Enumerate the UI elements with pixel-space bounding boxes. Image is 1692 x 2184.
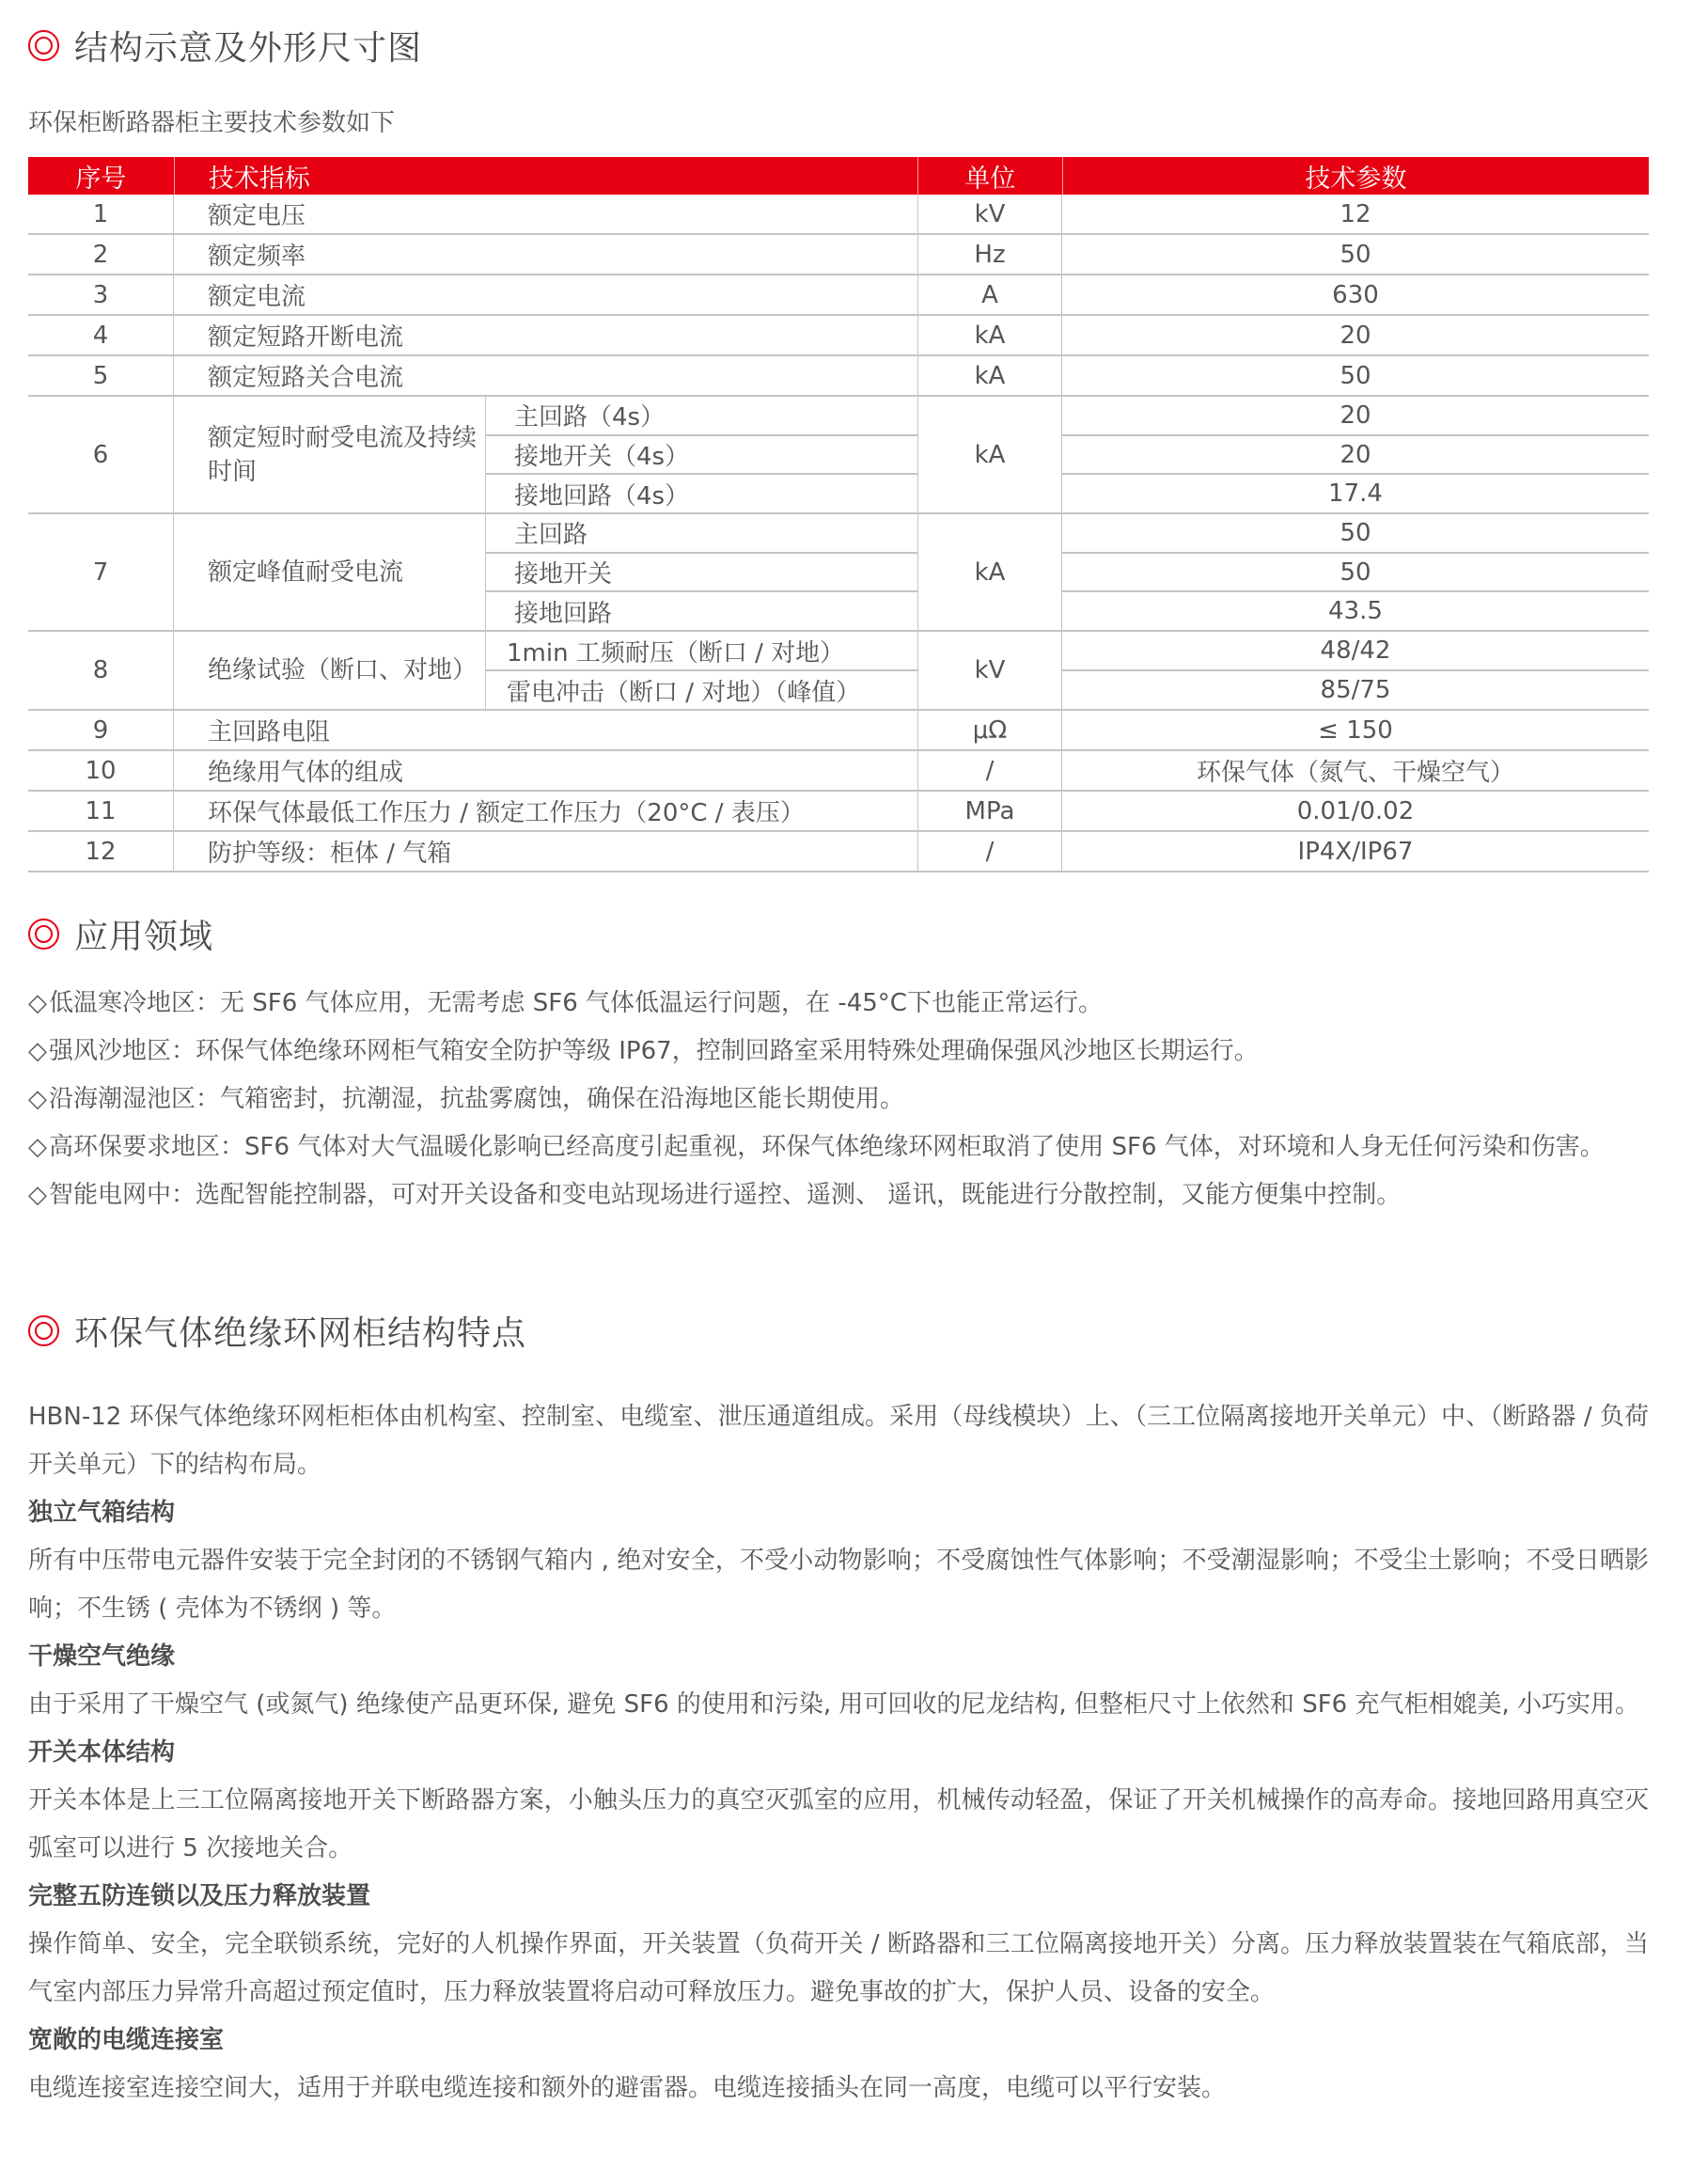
diamond-bullet-icon: ◇ xyxy=(28,1037,47,1065)
row-unit: kV xyxy=(918,632,1062,709)
table-header: 序号 技术指标 单位 技术参数 xyxy=(28,157,1649,195)
row-item: 防护等级：柜体 / 气箱 xyxy=(174,832,918,871)
feature-heading: 干燥空气绝缘 xyxy=(28,1633,1649,1681)
application-list: ◇低温寒冷地区：无 SF6 气体应用，无需考虑 SF6 气体低温运行问题，在 -… xyxy=(28,980,1649,1219)
row-value: 48/42 xyxy=(1062,632,1649,671)
row-unit: kA xyxy=(918,356,1062,395)
row-subitems: 主回路（4s） 接地开关（4s） 接地回路（4s） xyxy=(486,397,918,512)
row-value: 50 xyxy=(1062,356,1649,395)
section-title-features: 环保气体绝缘环网柜结构特点 xyxy=(28,1307,526,1354)
feature-body: 由于采用了干燥空气 (或氮气) 绝缘使产品更环保, 避免 SF6 的使用和污染,… xyxy=(28,1681,1649,1729)
row-value: ≤ 150 xyxy=(1062,711,1649,749)
row-item: 额定短时耐受电流及持续时间 xyxy=(174,397,486,512)
row-subitem: 接地开关（4s） xyxy=(486,436,917,476)
row-no: 6 xyxy=(28,397,174,512)
list-item: ◇智能电网中：选配智能控制器，可对开关设备和变电站现场进行遥控、遥测、 遥讯，既… xyxy=(28,1171,1649,1219)
row-item: 额定电压 xyxy=(174,195,918,233)
double-ring-icon xyxy=(28,919,59,950)
row-item: 环保气体最低工作压力 / 额定工作压力（20°C / 表压） xyxy=(174,792,918,830)
spec-table: 序号 技术指标 单位 技术参数 1 额定电压 kV 12 2 额定频率 Hz 5… xyxy=(28,157,1649,872)
row-item: 绝缘试验（断口、对地） xyxy=(174,632,486,709)
list-item: ◇低温寒冷地区：无 SF6 气体应用，无需考虑 SF6 气体低温运行问题，在 -… xyxy=(28,980,1649,1028)
row-subitem: 主回路（4s） xyxy=(486,397,917,436)
section-title-structure: 结构示意及外形尺寸图 xyxy=(28,22,422,69)
row-item: 额定峰值耐受电流 xyxy=(174,514,486,630)
row-unit: kA xyxy=(918,316,1062,354)
header-unit: 单位 xyxy=(918,157,1063,195)
row-no: 12 xyxy=(28,832,174,871)
row-no: 10 xyxy=(28,751,174,790)
row-unit: kA xyxy=(918,397,1062,512)
row-value: IP4X/IP67 xyxy=(1062,832,1649,871)
row-unit: A xyxy=(918,275,1062,314)
row-value: 50 xyxy=(1062,514,1649,554)
table-row: 11 环保气体最低工作压力 / 额定工作压力（20°C / 表压） MPa 0.… xyxy=(28,792,1649,832)
feature-heading: 开关本体结构 xyxy=(28,1729,1649,1777)
feature-body: 操作简单、安全，完全联锁系统，完好的人机操作界面，开关装置（负荷开关 / 断路器… xyxy=(28,1921,1649,2017)
table-row: 3 额定电流 A 630 xyxy=(28,275,1649,316)
row-no: 11 xyxy=(28,792,174,830)
feature-body: 电缆连接室连接空间大，适用于并联电缆连接和额外的避雷器。电缆连接插头在同一高度，… xyxy=(28,2065,1649,2113)
feature-heading: 宽敞的电缆连接室 xyxy=(28,2017,1649,2065)
table-row: 1 额定电压 kV 12 xyxy=(28,195,1649,235)
row-subitem: 1min 工频耐压（断口 / 对地） xyxy=(486,632,917,671)
row-unit: kA xyxy=(918,514,1062,630)
row-no: 4 xyxy=(28,316,174,354)
table-row: 6 额定短时耐受电流及持续时间 主回路（4s） 接地开关（4s） 接地回路（4s… xyxy=(28,397,1649,514)
row-value: 17.4 xyxy=(1062,475,1649,512)
row-value: 12 xyxy=(1062,195,1649,233)
list-item: ◇沿海潮湿池区：气箱密封，抗潮湿，抗盐雾腐蚀，确保在沿海地区能长期使用。 xyxy=(28,1076,1649,1123)
row-item: 额定频率 xyxy=(174,235,918,274)
header-no: 序号 xyxy=(28,157,175,195)
header-item: 技术指标 xyxy=(175,157,918,195)
feature-heading: 完整五防连锁以及压力释放装置 xyxy=(28,1873,1649,1921)
features-body: HBN-12 环保气体绝缘环网柜柜体由机构室、控制室、电缆室、泄压通道组成。采用… xyxy=(28,1393,1649,2113)
section-title-application: 应用领域 xyxy=(28,910,213,957)
row-item: 主回路电阻 xyxy=(174,711,918,749)
table-row: 4 额定短路开断电流 kA 20 xyxy=(28,316,1649,356)
table-intro: 环保柜断路器柜主要技术参数如下 xyxy=(28,103,395,138)
row-subitem: 雷电冲击（断口 / 对地）（峰值） xyxy=(486,671,917,709)
row-unit: μΩ xyxy=(918,711,1062,749)
row-item: 额定短路开断电流 xyxy=(174,316,918,354)
row-no: 3 xyxy=(28,275,174,314)
row-subitem: 接地回路 xyxy=(486,592,917,630)
row-value: 0.01/0.02 xyxy=(1062,792,1649,830)
table-row: 12 防护等级：柜体 / 气箱 / IP4X/IP67 xyxy=(28,832,1649,872)
table-row: 7 额定峰值耐受电流 主回路 接地开关 接地回路 kA 50 50 43.5 xyxy=(28,514,1649,632)
diamond-bullet-icon: ◇ xyxy=(28,989,47,1017)
row-unit: / xyxy=(918,751,1062,790)
section-title-text: 结构示意及外形尺寸图 xyxy=(74,22,422,70)
features-intro: HBN-12 环保气体绝缘环网柜柜体由机构室、控制室、电缆室、泄压通道组成。采用… xyxy=(28,1393,1649,1489)
row-no: 8 xyxy=(28,632,174,709)
row-value: 43.5 xyxy=(1062,592,1649,630)
feature-body: 开关本体是上三工位隔离接地开关下断路器方案，小触头压力的真空灭弧室的应用，机械传… xyxy=(28,1777,1649,1873)
diamond-bullet-icon: ◇ xyxy=(28,1085,47,1113)
row-unit: / xyxy=(918,832,1062,871)
row-no: 2 xyxy=(28,235,174,274)
table-row: 10 绝缘用气体的组成 / 环保气体（氮气、干燥空气） xyxy=(28,751,1649,792)
section-title-text: 环保气体绝缘环网柜结构特点 xyxy=(74,1307,526,1355)
table-row: 2 额定频率 Hz 50 xyxy=(28,235,1649,275)
feature-body: 所有中压带电元器件安装于完全封闭的不锈钢气箱内 , 绝对安全，不受小动物影响；不… xyxy=(28,1537,1649,1633)
row-unit: MPa xyxy=(918,792,1062,830)
row-no: 5 xyxy=(28,356,174,395)
table-row: 8 绝缘试验（断口、对地） 1min 工频耐压（断口 / 对地） 雷电冲击（断口… xyxy=(28,632,1649,711)
row-value: 630 xyxy=(1062,275,1649,314)
row-value: 85/75 xyxy=(1062,671,1649,709)
row-subitems: 主回路 接地开关 接地回路 xyxy=(486,514,918,630)
list-item: ◇强风沙地区：环保气体绝缘环网柜气箱安全防护等级 IP67，控制回路室采用特殊处… xyxy=(28,1028,1649,1076)
row-item: 额定短路关合电流 xyxy=(174,356,918,395)
diamond-bullet-icon: ◇ xyxy=(28,1133,47,1161)
row-no: 9 xyxy=(28,711,174,749)
row-no: 1 xyxy=(28,195,174,233)
row-no: 7 xyxy=(28,514,174,630)
row-subitem: 接地开关 xyxy=(486,554,917,593)
row-value: 环保气体（氮气、干燥空气） xyxy=(1062,751,1649,790)
row-subitem: 接地回路（4s） xyxy=(486,475,917,512)
row-value: 20 xyxy=(1062,436,1649,476)
row-value: 50 xyxy=(1062,554,1649,593)
row-subitem: 主回路 xyxy=(486,514,917,554)
row-item: 绝缘用气体的组成 xyxy=(174,751,918,790)
table-row: 9 主回路电阻 μΩ ≤ 150 xyxy=(28,711,1649,751)
row-subitems: 1min 工频耐压（断口 / 对地） 雷电冲击（断口 / 对地）（峰值） xyxy=(486,632,918,709)
row-unit: kV xyxy=(918,195,1062,233)
double-ring-icon xyxy=(28,30,59,61)
row-unit: Hz xyxy=(918,235,1062,274)
double-ring-icon xyxy=(28,1315,59,1346)
row-value: 20 xyxy=(1062,316,1649,354)
row-value: 50 xyxy=(1062,235,1649,274)
row-item: 额定电流 xyxy=(174,275,918,314)
header-value: 技术参数 xyxy=(1063,157,1649,195)
table-row: 5 额定短路关合电流 kA 50 xyxy=(28,356,1649,397)
row-value: 20 xyxy=(1062,397,1649,436)
section-title-text: 应用领域 xyxy=(74,910,213,958)
list-item: ◇高环保要求地区：SF6 气体对大气温暖化影响已经高度引起重视，环保气体绝缘环网… xyxy=(28,1123,1649,1171)
feature-heading: 独立气箱结构 xyxy=(28,1489,1649,1537)
diamond-bullet-icon: ◇ xyxy=(28,1181,47,1209)
